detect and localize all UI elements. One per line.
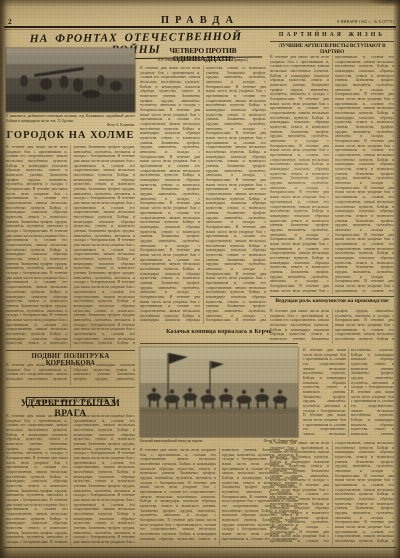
war-scene-photo xyxy=(6,48,135,112)
article-body: В течение дня наши части вели упорные бо… xyxy=(270,309,394,344)
photo-caption: Казачий кавалерийский взвод на марше. xyxy=(140,439,203,444)
cavalry-photo-illustration xyxy=(140,347,298,437)
article-body: В течение дня наши части вели упорные бо… xyxy=(270,441,394,545)
photo-caption: У миномета, разбившего немецкую колонну … xyxy=(6,114,135,123)
newspaper-page: 2 ПРАВДА 8 ЯНВАРЯ 1942 г., № 8 (8779) НА… xyxy=(0,0,400,558)
section-rule xyxy=(270,41,394,42)
dateline: 8 ЯНВАРЯ 1942 г., № 8 (8779) xyxy=(270,19,394,24)
masthead-rule xyxy=(4,26,396,28)
article-body: В течение дня наши части вели упорные бо… xyxy=(6,363,135,385)
masthead-rule-thin xyxy=(4,29,396,30)
war-scene-photo-illustration xyxy=(6,48,135,112)
column-divider xyxy=(268,31,269,345)
page-number: 2 xyxy=(8,17,32,26)
masthead-title: ПРАВДА xyxy=(120,15,280,26)
section-label-party-life: ПАРТИЙНАЯ ЖИЗНЬ xyxy=(270,32,394,38)
article-divider xyxy=(270,296,394,297)
article-body: В течение дня наши части вели упорные бо… xyxy=(270,55,394,294)
scan-edge-top xyxy=(0,0,400,7)
article-body: В течение дня наши части вели упорные бо… xyxy=(6,414,135,545)
headline-luchshie-artilleristy: ЛУЧШИЕ АРТИЛЛЕРИСТЫ ВСТУПАЮТ В ПАРТИЮ xyxy=(270,44,394,55)
headline-vedushchaya-rol: Ведущая роль коммунистов на производстве xyxy=(270,299,394,305)
page-bottom-rule xyxy=(4,547,396,548)
scan-edge-right xyxy=(393,0,400,558)
photo-credit: Фото А. Климова. xyxy=(6,123,135,127)
article-divider xyxy=(6,350,135,351)
scan-edge-bottom xyxy=(0,546,400,558)
article-divider xyxy=(6,387,135,388)
headline-gorodok-na-kholme: ГОРОДОК НА ХОЛМЕ xyxy=(6,130,135,141)
article-body: В течение дня наши части вели упорные бо… xyxy=(6,145,135,348)
headline-subtitle: (От специального военного корреспондента… xyxy=(140,58,266,62)
cavalry-photo xyxy=(140,347,298,437)
column-divider xyxy=(137,31,138,546)
article-body: В течение дня наши части вели упорные бо… xyxy=(303,348,394,437)
scan-blotch-top-right xyxy=(350,0,400,16)
column-divider xyxy=(301,346,302,438)
article-body: В течение дня наши части вели упорные бо… xyxy=(140,66,266,324)
